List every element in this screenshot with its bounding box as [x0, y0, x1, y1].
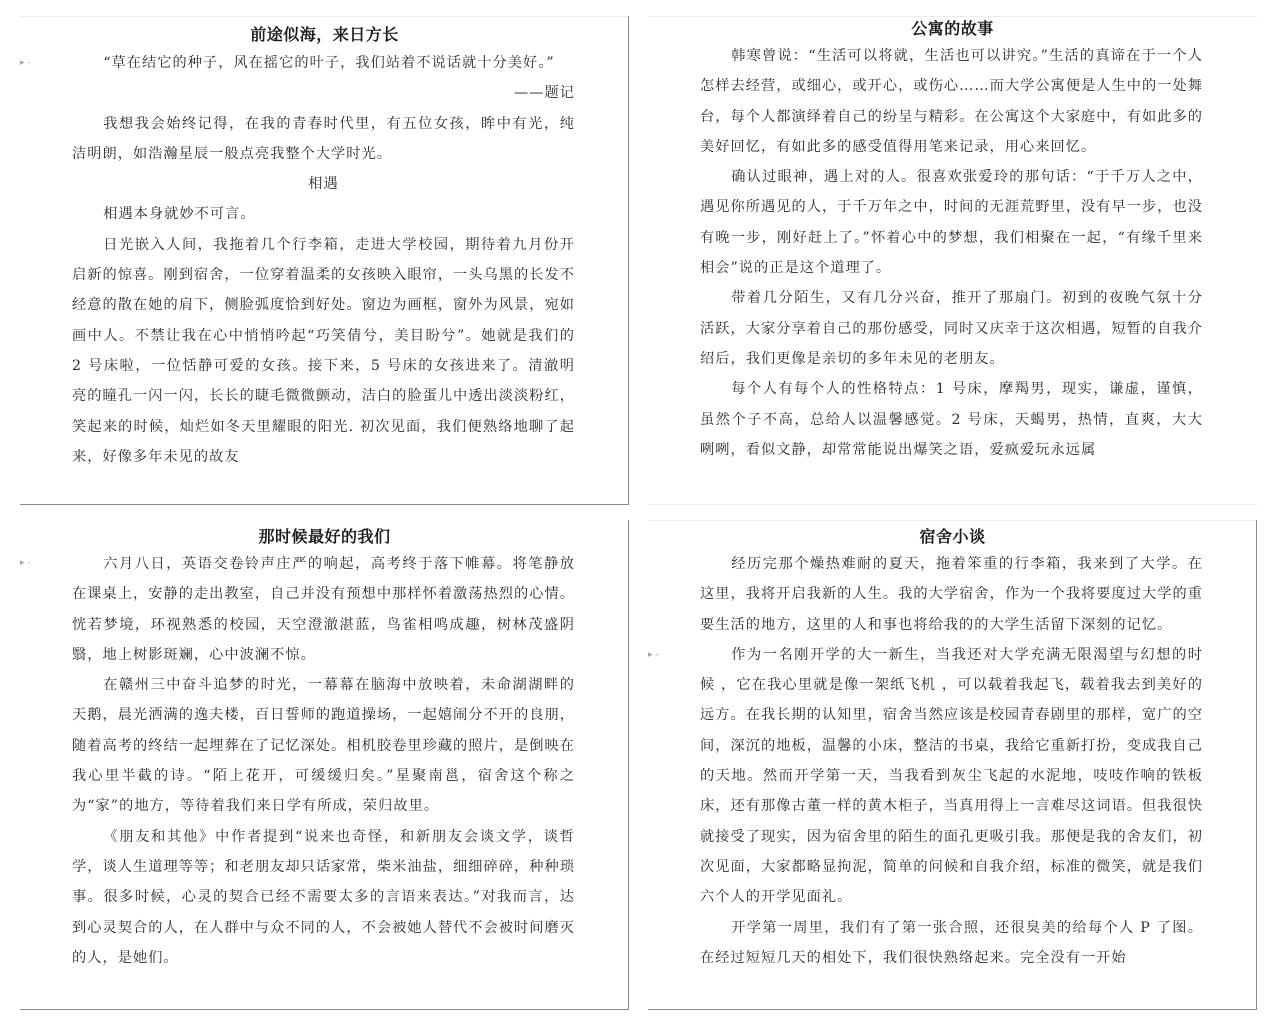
epigraph-attribution: ——题记 [72, 78, 575, 108]
paragraph: 在赣州三中奋斗追梦的时光，一幕幕在脑海中放映着，未命湖湖畔的天鹅，晨光洒满的逸夫… [72, 670, 575, 821]
paragraph: 韩寒曾说：“生活可以将就，生活也可以讲究。”生活的真谛在于一个人怎样去经营，或细… [700, 41, 1203, 162]
document-page-3: ▸ - 那时候最好的我们 六月八日，英语交卷铃声庄严的响起，高考终于落下帷幕。将… [20, 520, 629, 1010]
paragraph-marker-icon: ▸ - [20, 558, 31, 568]
paragraph-marker-icon: ▸ - [20, 58, 31, 68]
page-title: 宿舍小谈 [648, 524, 1257, 547]
page-title: 那时候最好的我们 [20, 524, 629, 547]
page-top-edge [20, 16, 629, 17]
document-page-2: 公寓的故事 韩寒曾说：“生活可以将就，生活也可以讲究。”生活的真谛在于一个人怎样… [648, 16, 1257, 505]
paragraph: 我想我会始终记得，在我的青春时代里，有五位女孩，眸中有光，纯洁明朗，如浩瀚星辰一… [72, 109, 575, 170]
page-bottom-edge [648, 504, 1257, 505]
paragraph-marker-icon: ▸ - [648, 650, 659, 660]
page-right-border [1256, 520, 1257, 1010]
paragraph: 《朋友和其他》中作者提到“说来也奇怪，和新朋友会谈文学，谈哲学，谈人生道理等等；… [72, 822, 575, 973]
page-bottom-border [648, 1009, 1257, 1010]
paragraph: 经历完那个燥热难耐的夏天，拖着笨重的行李箱，我来到了大学。在这里，我将开启我新的… [700, 549, 1203, 640]
page-title: 公寓的故事 [648, 16, 1257, 39]
document-page-4: ▸ - 宿舍小谈 经历完那个燥热难耐的夏天，拖着笨重的行李箱，我来到了大学。在这… [648, 520, 1257, 1010]
epigraph-paragraph: “草在结它的种子，风在摇它的叶子，我们站着不说话就十分美好。” [72, 48, 575, 78]
paragraph: 带着几分陌生，又有几分兴奋，推开了那扇门。初到的夜晚气氛十分活跃，大家分享着自己… [700, 283, 1203, 374]
page-body: 六月八日，英语交卷铃声庄严的响起，高考终于落下帷幕。将笔静放在课桌上，安静的走出… [72, 549, 575, 973]
page-body: “草在结它的种子，风在摇它的叶子，我们站着不说话就十分美好。” ——题记 我想我… [72, 48, 575, 472]
paragraph: 开学第一周里，我们有了第一张合照，还很臭美的给每个人 P 了图。在经过短短几天的… [700, 913, 1203, 974]
page-bottom-border [20, 1009, 629, 1010]
page-right-border [628, 520, 629, 1010]
paragraph: 作为一名刚开学的大一新生，当我还对大学充满无限渴望与幻想的时候 ，它在我心里就是… [700, 640, 1203, 913]
page-body: 经历完那个燥热难耐的夏天，拖着笨重的行李箱，我来到了大学。在这里，我将开启我新的… [700, 549, 1203, 974]
paragraph: 日光嵌入人间，我拖着几个行李箱，走进大学校园，期待着九月份开启新的惊喜。刚到宿舍… [72, 230, 575, 472]
document-page-1: ▸ - 前途似海，来日方长 “草在结它的种子，风在摇它的叶子，我们站着不说话就十… [20, 16, 629, 505]
page-right-border [628, 16, 629, 505]
paragraph: 相遇本身就妙不可言。 [72, 199, 575, 229]
paragraph: 确认过眼神，遇上对的人。很喜欢张爱玲的那句话：“于千万人之中，遇见你所遇见的人，… [700, 162, 1203, 283]
page-body: 韩寒曾说：“生活可以将就，生活也可以讲究。”生活的真谛在于一个人怎样去经营，或细… [700, 41, 1203, 465]
paragraph: 每个人有每个人的性格特点：1 号床，摩羯男，现实，谦虚，谨慎，虽然个子不高，总给… [700, 374, 1203, 465]
page-bottom-border [20, 504, 629, 505]
page-top-edge [648, 520, 1257, 521]
page-title: 前途似海，来日方长 [20, 22, 629, 45]
paragraph: 六月八日，英语交卷铃声庄严的响起，高考终于落下帷幕。将笔静放在课桌上，安静的走出… [72, 549, 575, 670]
section-heading: 相遇 [72, 169, 575, 199]
